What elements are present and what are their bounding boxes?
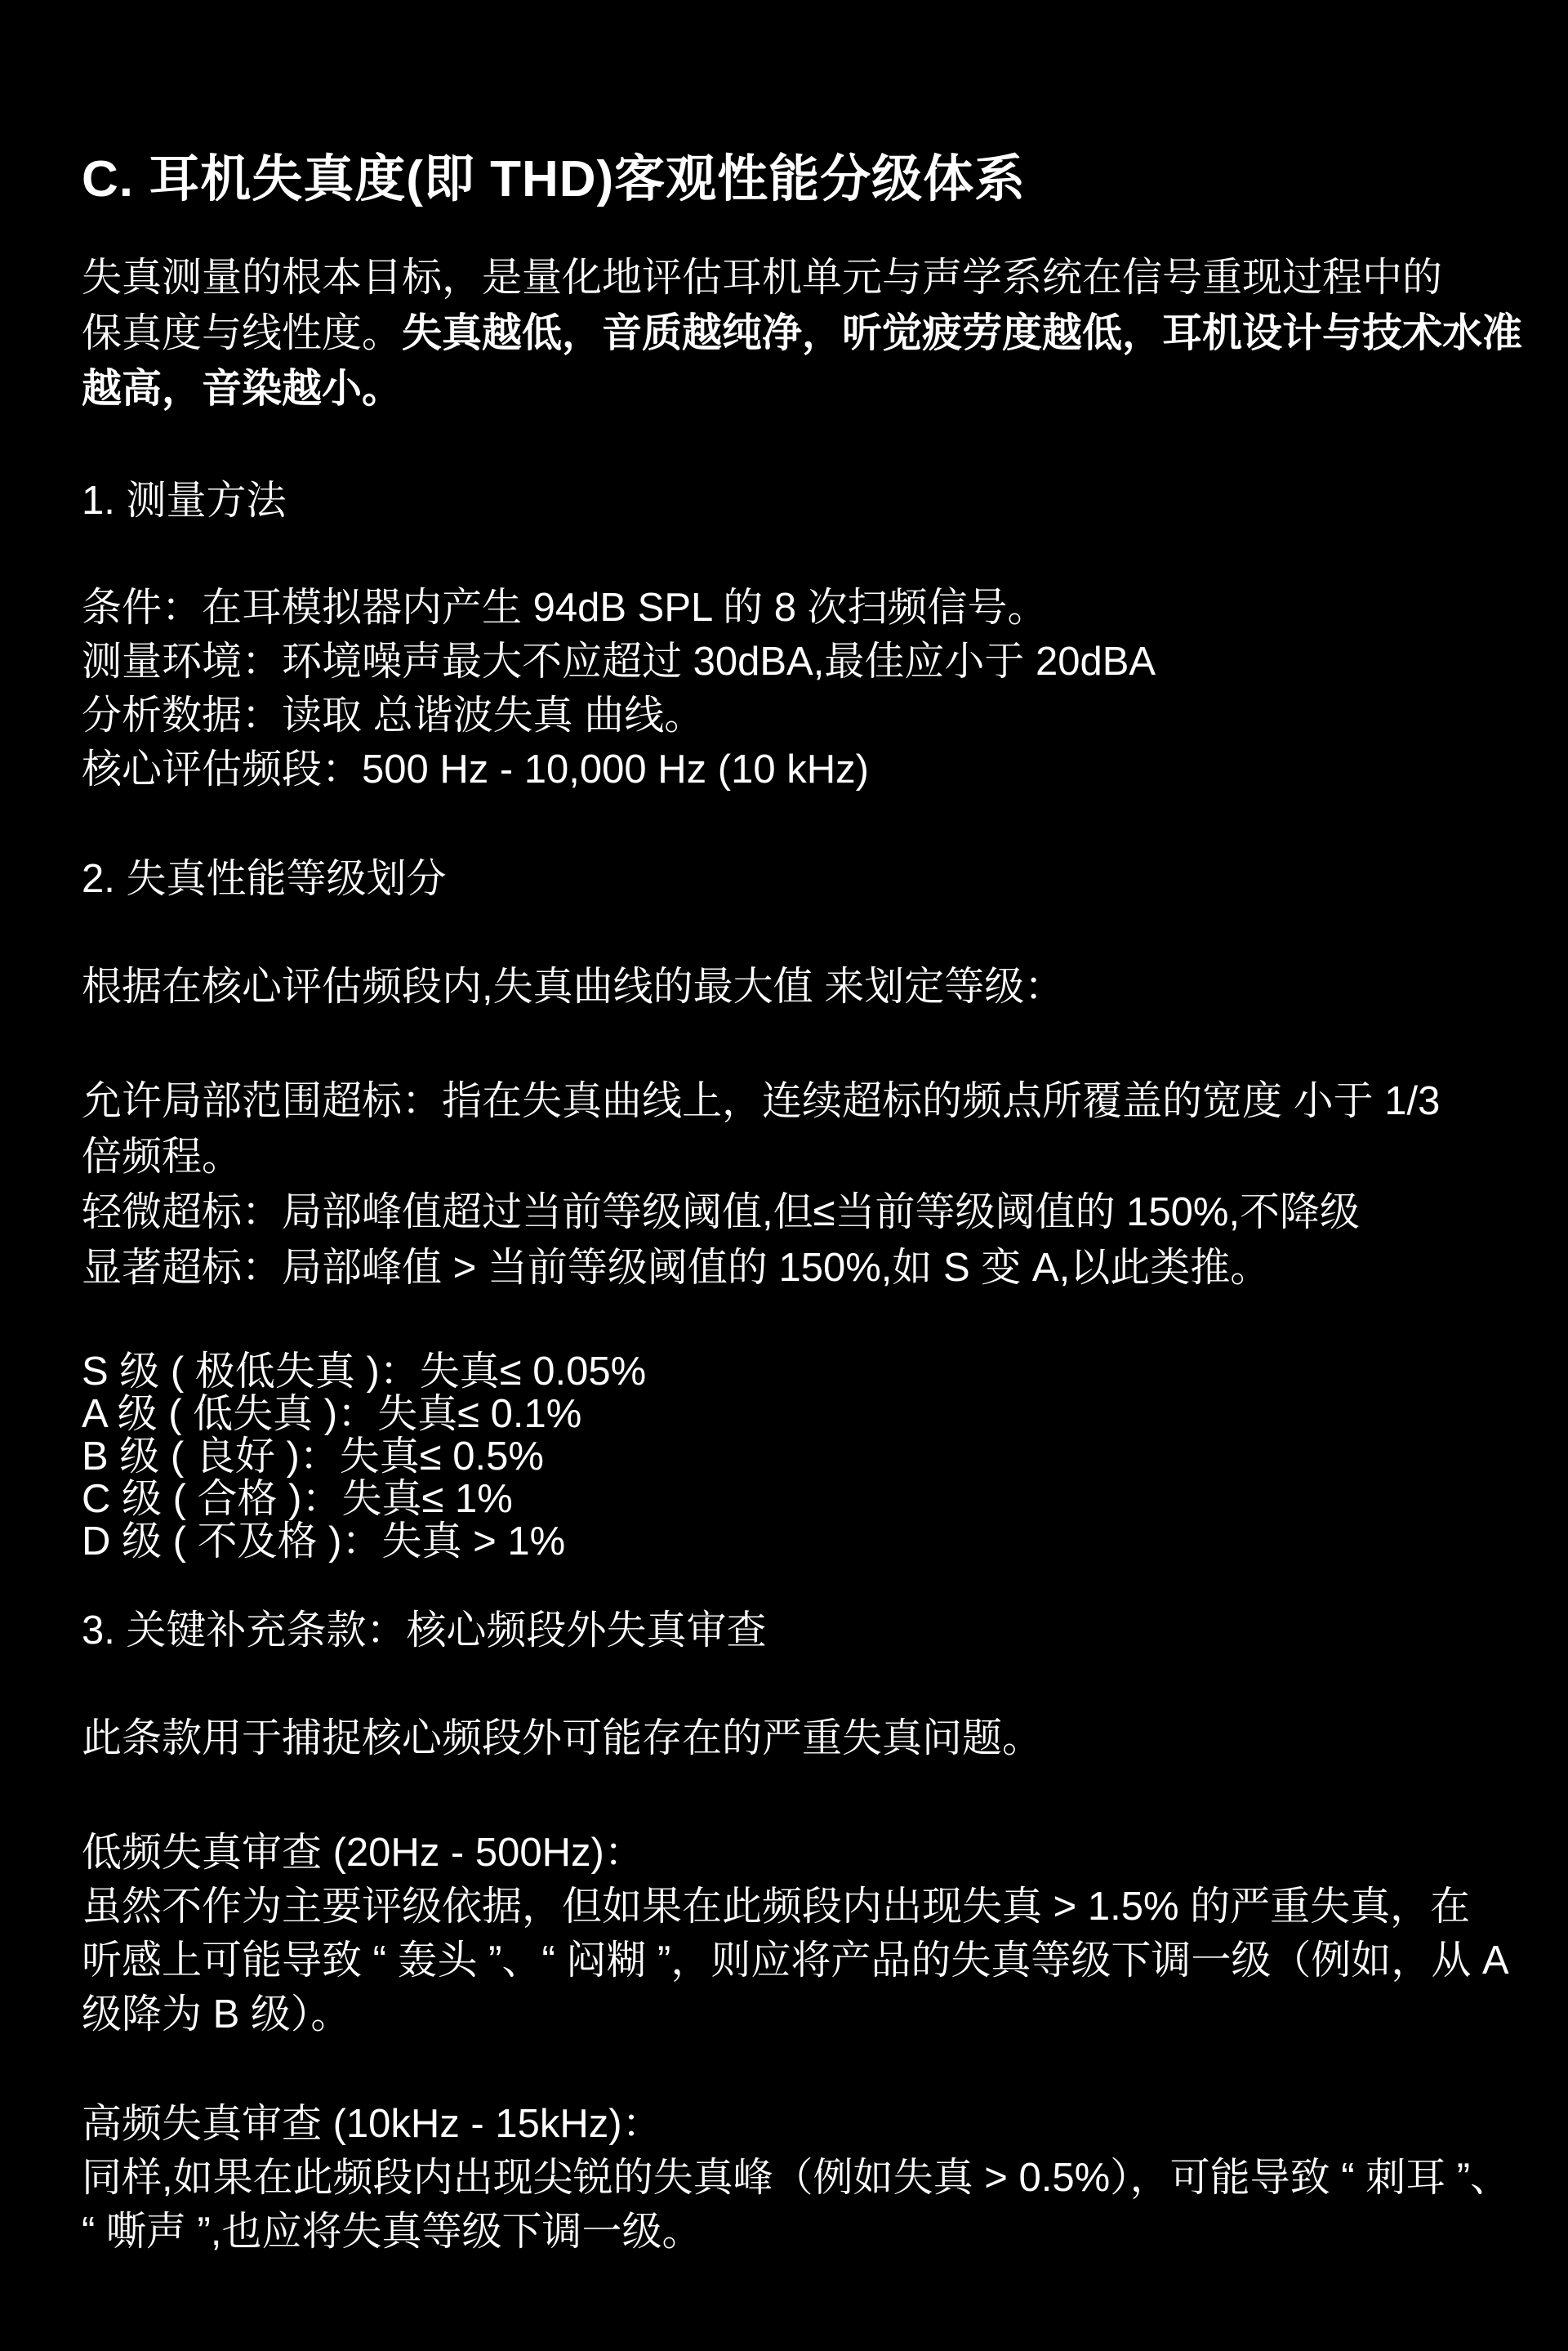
grade-s: S 级 ( 极低失真 )：失真≤ 0.05% (82, 1350, 1503, 1393)
high-frequency-audit-block: 高频失真审查 (10kHz - 15kHz)： 同样,如果在此频段内出现尖锐的失… (82, 2097, 1503, 2259)
section-2-intro: 根据在核心评估频段内,失真曲线的最大值 来划定等级： (82, 959, 1503, 1015)
section-2-rules-block: 允许局部范围超标：指在失真曲线上，连续超标的频点所覆盖的宽度 小于 1/3 倍频… (82, 1073, 1503, 1296)
section-3-heading: 3. 关键补充条款：核心频段外失真审查 (82, 1603, 1503, 1658)
intro-line-2-normal: 保真度与线性度。 (82, 311, 402, 355)
rule-major-exceed: 显著超标：局部峰值 > 当前等级阈值的 150%,如 S 变 A,以此类推。 (82, 1240, 1503, 1296)
low-freq-audit-line-2: 虽然不作为主要评级依据，但如果在此频段内出现失真 > 1.5% 的严重失真，在 (82, 1880, 1503, 1934)
document-page: C. 耳机失真度(即 THD)客观性能分级体系 失真测量的根本目标，是量化地评估… (0, 0, 1568, 2351)
high-freq-audit-line-3: “ 嘶声 ”,也应将失真等级下调一级。 (82, 2205, 1503, 2259)
measurement-environment: 测量环境：环境噪声最大不应超过 30dBA,最佳应小于 20dBA (82, 635, 1503, 689)
section-2-heading: 2. 失真性能等级划分 (82, 851, 1503, 907)
measurement-condition: 条件：在耳模拟器内产生 94dB SPL 的 8 次扫频信号。 (82, 581, 1503, 635)
section-3-intro: 此条款用于捕捉核心频段外可能存在的严重失真问题。 (82, 1711, 1503, 1766)
low-freq-audit-line-4: 级降为 B 级）。 (82, 1987, 1503, 2041)
grade-d: D 级 ( 不及格 )：失真 > 1% (82, 1520, 1503, 1563)
section-1-heading: 1. 测量方法 (82, 473, 1503, 529)
intro-line-1: 失真测量的根本目标，是量化地评估耳机单元与声学系统在信号重现过程中的 (82, 250, 1503, 306)
low-freq-audit-line-3: 听感上可能导致 “ 轰头 ”、“ 闷糊 ”，则应将产品的失真等级下调一级（例如，… (82, 1934, 1503, 1987)
measurement-core-band: 核心评估频段：500 Hz - 10,000 Hz (10 kHz) (82, 743, 1503, 796)
section-1-measurement-block: 条件：在耳模拟器内产生 94dB SPL 的 8 次扫频信号。 测量环境：环境噪… (82, 581, 1503, 796)
grade-b: B 级 ( 良好 )：失真≤ 0.5% (82, 1435, 1503, 1478)
intro-line-3-bold: 越高，音染越小。 (82, 361, 1503, 417)
rule-local-exceed-line-2: 倍频程。 (82, 1129, 1503, 1184)
low-freq-audit-title: 低频失真审查 (20Hz - 500Hz)： (82, 1826, 1503, 1880)
intro-line-2-bold: 失真越低，音质越纯净，听觉疲劳度越低，耳机设计与技术水准 (402, 311, 1522, 355)
rule-local-exceed-line-1: 允许局部范围超标：指在失真曲线上，连续超标的频点所覆盖的宽度 小于 1/3 (82, 1073, 1503, 1129)
high-freq-audit-line-2: 同样,如果在此频段内出现尖锐的失真峰（例如失真 > 0.5%），可能导致 “ 刺… (82, 2151, 1503, 2205)
grade-list: S 级 ( 极低失真 )：失真≤ 0.05% A 级 ( 低失真 )：失真≤ 0… (82, 1350, 1503, 1563)
measurement-analysis: 分析数据：读取 总谐波失真 曲线。 (82, 689, 1503, 743)
page-title: C. 耳机失真度(即 THD)客观性能分级体系 (82, 0, 1503, 208)
high-freq-audit-title: 高频失真审查 (10kHz - 15kHz)： (82, 2097, 1503, 2151)
intro-line-2: 保真度与线性度。失真越低，音质越纯净，听觉疲劳度越低，耳机设计与技术水准 (82, 306, 1503, 361)
intro-paragraph: 失真测量的根本目标，是量化地评估耳机单元与声学系统在信号重现过程中的 保真度与线… (82, 250, 1503, 417)
grade-a: A 级 ( 低失真 )：失真≤ 0.1% (82, 1393, 1503, 1435)
grade-c: C 级 ( 合格 )：失真≤ 1% (82, 1478, 1503, 1520)
low-frequency-audit-block: 低频失真审查 (20Hz - 500Hz)： 虽然不作为主要评级依据，但如果在此… (82, 1826, 1503, 2041)
rule-minor-exceed: 轻微超标：局部峰值超过当前等级阈值,但≤当前等级阈值的 150%,不降级 (82, 1184, 1503, 1240)
